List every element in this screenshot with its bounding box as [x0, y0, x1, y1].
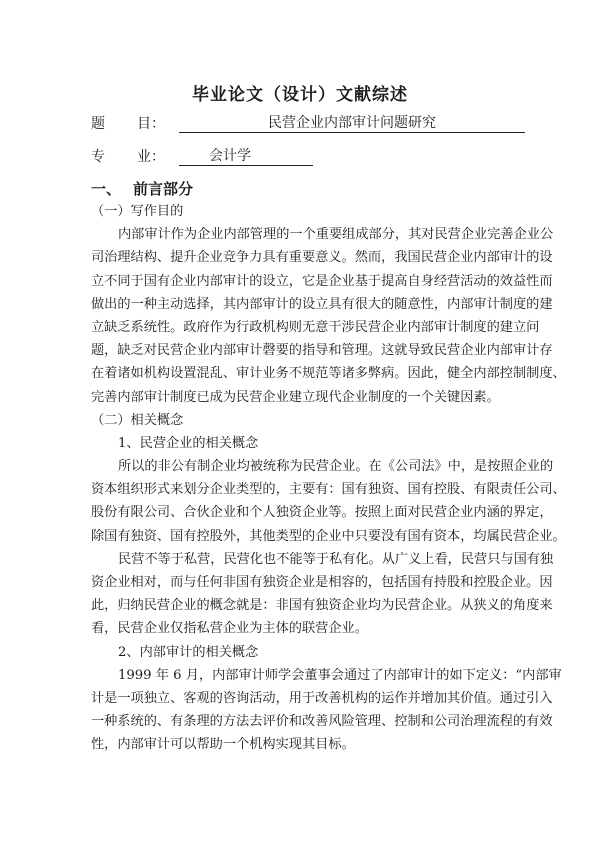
paragraph-line: 题，缺乏对民营企业内部审计磬要的指导和管理。这就导致民营企业内部审计存: [91, 339, 511, 362]
section-heading-preface: 一、前言部分: [91, 178, 193, 199]
topic-label-char2: 目：: [111, 113, 173, 133]
paragraph-line: 股份有限公司、合伙企业和个人独资企业等。按照上面对民营企业内涵的界定，: [91, 501, 511, 524]
section-number: 一、: [91, 178, 133, 199]
paragraph-line: 做出的一种主动选择，其内部审计的设立具有很大的随意性，内部审计制度的建: [91, 293, 511, 316]
document-title: 毕业论文（设计）文献综述: [0, 80, 600, 105]
topic-row: 题 目： 民营企业内部审计问题研究: [91, 113, 525, 133]
major-row: 专 业： 会计学: [91, 146, 313, 166]
section-title: 前言部分: [133, 180, 193, 198]
paragraph-line: 司治理结构、提升企业竞争力具有重要意义。然而，我国民营企业内部审计的设: [91, 246, 511, 269]
paragraph-line: 在着诸如机构设置混乱、审计业务不规范等诸多弊病。因此，健全内部控制制度、: [91, 362, 511, 385]
paragraph-purpose: 内部审计作为企业内部管理的一个重要组成部分，其对民营企业完善企业公 司治理结构、…: [91, 223, 511, 409]
paragraph-private-enterprise-2: 民营不等于私营，民营化也不能等于私有化。从广义上看，民营只与国有独 资企业相对，…: [91, 548, 511, 641]
major-value: 会计学: [179, 147, 313, 166]
section-body: （一）写作目的 内部审计作为企业内部管理的一个重要组成部分，其对民营企业完善企业…: [91, 200, 511, 757]
major-label-char1: 专: [91, 146, 111, 166]
paragraph-line: 民营不等于私营，民营化也不能等于私有化。从广义上看，民营只与国有独: [91, 548, 511, 571]
item-heading-private-enterprise: 1、民营企业的相关概念: [91, 432, 511, 455]
paragraph-line: 一种系统的、有条理的方法去评价和改善风险管理、控制和公司治理流程的有效: [91, 710, 511, 733]
topic-value: 民营企业内部审计问题研究: [179, 114, 525, 133]
paragraph-line: 除国有独资、国有控股外，其他类型的企业中只要没有国有资本，均属民营企业。: [91, 525, 511, 548]
paragraph-line: 内部审计作为企业内部管理的一个重要组成部分，其对民营企业完善企业公: [91, 223, 511, 246]
paragraph-line: 看，民营企业仅指私营企业为主体的联营企业。: [91, 617, 511, 640]
subsection-heading-concepts: （二）相关概念: [91, 409, 511, 432]
paragraph-line: 性，内部审计可以帮助一个机构实现其目标。: [91, 733, 511, 756]
paragraph-line: 资本组织形式来划分企业类型的，主要有：国有独资、国有控股、有限责任公司、: [91, 478, 511, 501]
subsection-heading-purpose: （一）写作目的: [91, 200, 511, 223]
paragraph-line: 1999 年 6 月，内部审计师学会董事会通过了内部审计的如下定义：“内部审: [91, 664, 511, 687]
paragraph-line: 立不同于国有企业内部审计的设立，它是企业基于提高自身经营活动的效益性而: [91, 270, 511, 293]
paragraph-line: 此，归纳民营企业的概念就是：非国有独资企业均为民营企业。从狭义的角度来: [91, 594, 511, 617]
paragraph-private-enterprise-1: 所以的非公有制企业均被统称为民营企业。在《公司法》中，是按照企业的 资本组织形式…: [91, 455, 511, 548]
paragraph-internal-audit: 1999 年 6 月，内部审计师学会董事会通过了内部审计的如下定义：“内部审 计…: [91, 664, 511, 757]
major-label-char2: 业：: [111, 146, 173, 166]
item-heading-internal-audit: 2、内部审计的相关概念: [91, 641, 511, 664]
document-page: 毕业论文（设计）文献综述 题 目： 民营企业内部审计问题研究 专 业： 会计学 …: [0, 0, 600, 850]
paragraph-line: 立缺乏系统性。政府作为行政机构则无意干涉民营企业内部审计制度的建立问: [91, 316, 511, 339]
paragraph-line: 计是一项独立、客观的咨询活动，用于改善机构的运作并增加其价值。通过引入: [91, 687, 511, 710]
paragraph-line: 所以的非公有制企业均被统称为民营企业。在《公司法》中，是按照企业的: [91, 455, 511, 478]
paragraph-line: 资企业相对，而与任何非国有独资企业是相容的，包括国有持股和控股企业。因: [91, 571, 511, 594]
paragraph-line: 完善内部审计制度已成为民营企业建立现代企业制度的一个关键因素。: [91, 386, 511, 409]
topic-label-char1: 题: [91, 113, 111, 133]
